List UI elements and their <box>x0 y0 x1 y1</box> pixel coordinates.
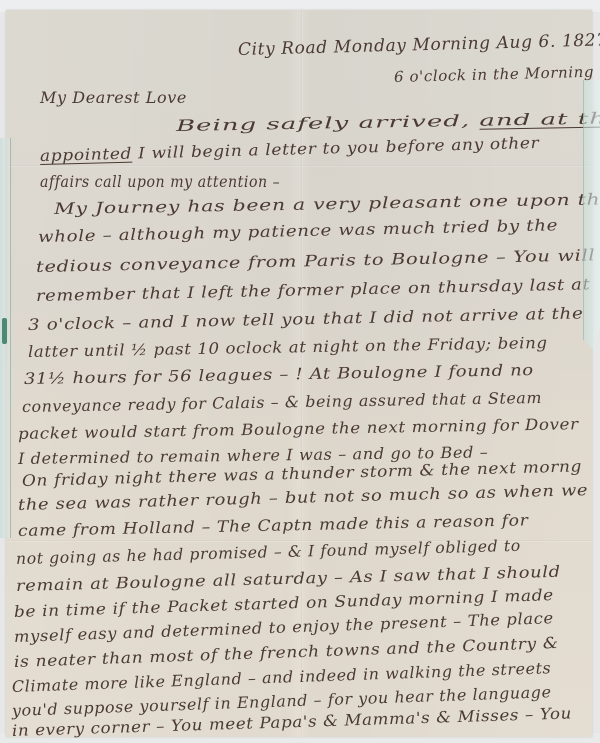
horizontal-fold-line <box>6 165 592 167</box>
glass-sleeve-right <box>583 80 600 350</box>
letter-line: affairs call upon my attention – <box>40 173 280 191</box>
underlined-text: appointed <box>40 145 133 165</box>
letter-salutation: My Dearest Love <box>40 88 187 107</box>
green-tab-marker <box>2 318 7 344</box>
underlined-text: and at the time <box>479 108 600 130</box>
glass-sleeve-left <box>0 138 11 538</box>
